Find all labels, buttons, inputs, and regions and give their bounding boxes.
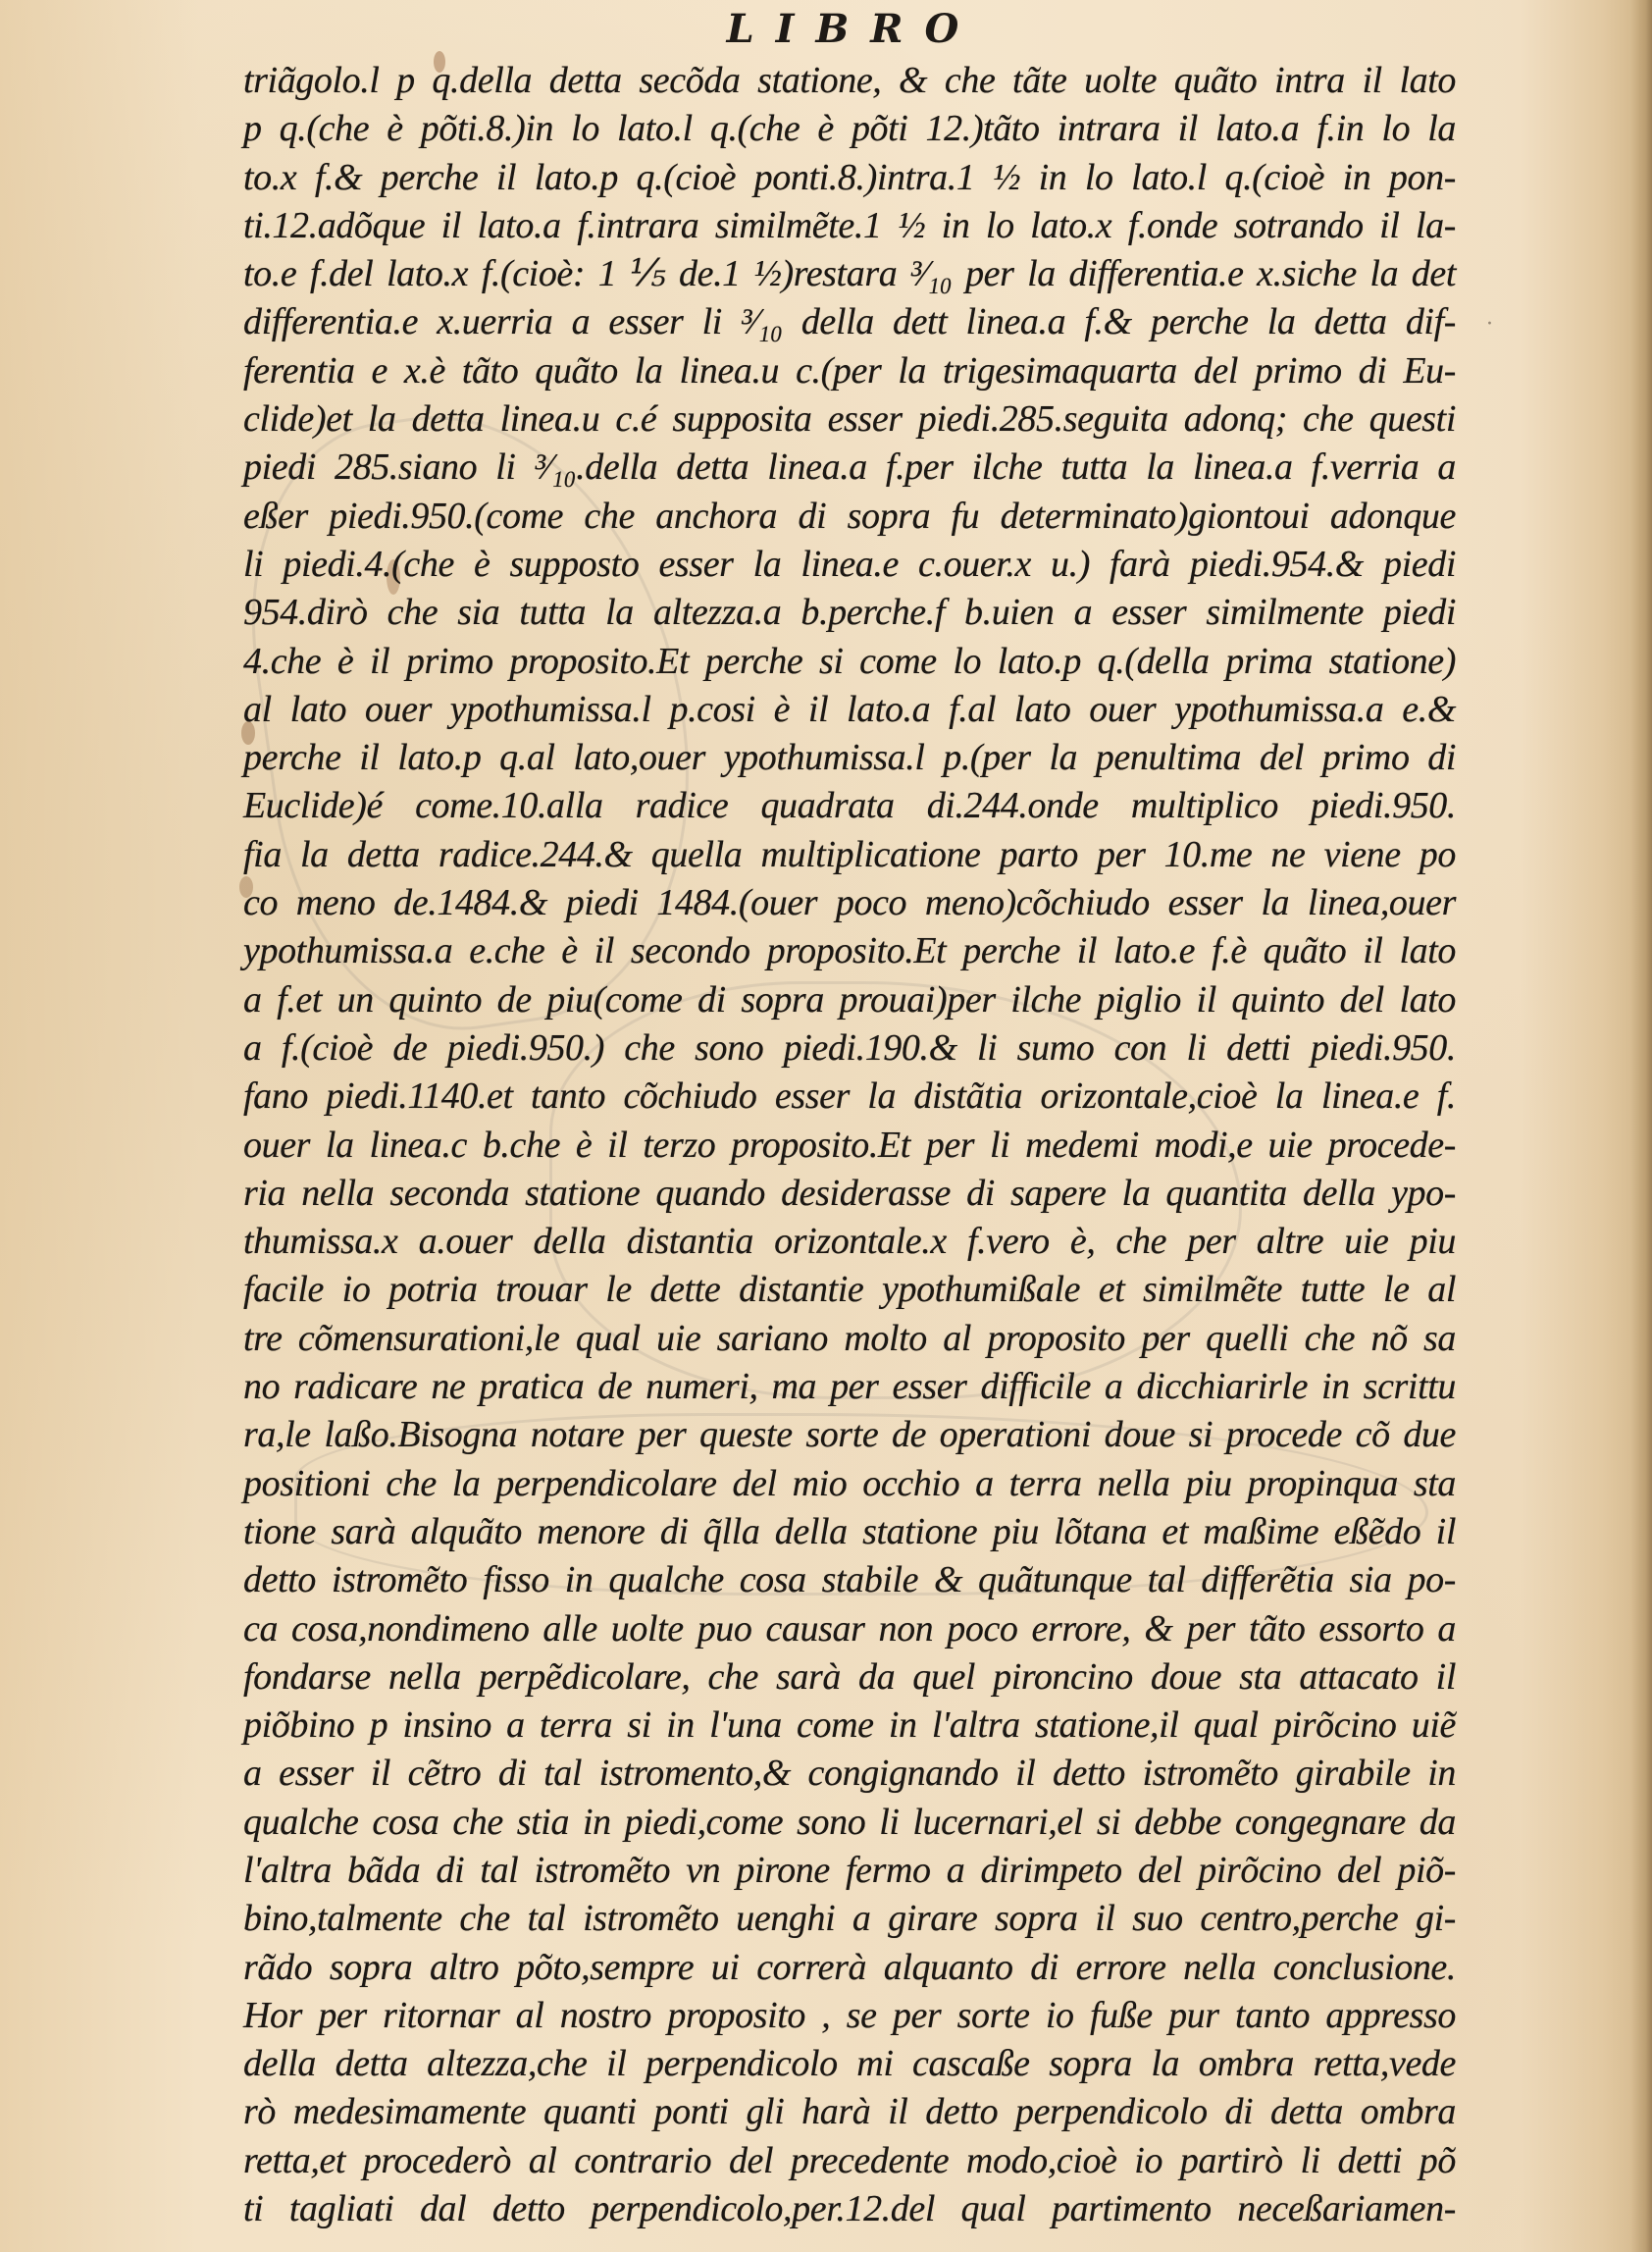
text-line: fano piedi.1140.et tanto cõchiudo esser … [243,1073,1456,1121]
text-line: piõbino p insino a terra si in l'una com… [243,1702,1456,1750]
text-line: ferentia e x.è tãto quãto la linea.u c.(… [243,347,1456,395]
text-line: ra,le laßo.Bisogna notare per queste sor… [243,1411,1456,1459]
text-line: al lato ouer ypothumissa.l p.cosi è il l… [243,686,1456,734]
text-line: ti tagliati dal detto perpendicolo,per.1… [243,2185,1456,2233]
text-line: Euclide)é come.10.alla radice quadrata d… [243,782,1456,830]
text-line: triãgolo.l p q.della detta secõda statio… [243,57,1456,105]
text-line: 4.che è il primo proposito.Et perche si … [243,638,1456,686]
text-line: detto istromẽto fisso in qualche cosa st… [243,1556,1456,1604]
running-head: LIBRO [0,6,1652,52]
text-line: l'altra bãda di tal istromẽto vn pirone … [243,1847,1456,1895]
text-line: ti.12.adõque il lato.a f.intrara similmẽ… [243,202,1456,250]
margin-mark: · [1486,312,1493,337]
text-line: ouer la linea.c b.che è il terzo proposi… [243,1122,1456,1170]
text-line: differentia.e x.uerria a esser li ³⁄₁₀ d… [243,298,1456,346]
text-line: tre cõmensurationi,le qual uie sariano m… [243,1315,1456,1363]
text-line: eßer piedi.950.(come che anchora di sopr… [243,493,1456,541]
text-line: thumissa.x a.ouer della distantia orizon… [243,1218,1456,1266]
text-line: rò medesimamente quanti ponti gli harà i… [243,2088,1456,2136]
text-line: co meno de.1484.& piedi 1484.(ouer poco … [243,879,1456,927]
text-line: tione sarà alquãto menore di q̃lla della… [243,1508,1456,1556]
text-line: qualche cosa che stia in piedi,come sono… [243,1799,1456,1847]
text-line: clide)et la detta linea.u c.é supposita … [243,395,1456,444]
text-line: to.e f.del lato.x f.(cioè: 1 ⅕ de.1 ½)re… [243,250,1456,298]
text-line: piedi 285.siano li ³⁄₁₀.della detta line… [243,444,1456,492]
text-line: rãdo sopra altro põto,sempre ui correrà … [243,1944,1456,1992]
book-page: LIBRO · triãgolo.l p q.della detta secõd… [0,0,1652,2252]
text-line: fia la detta radice.244.& quella multipl… [243,831,1456,879]
page-gutter-shadow [1630,0,1652,2252]
text-line: ca cosa,nondimeno alle uolte puo causar … [243,1605,1456,1653]
body-text: triãgolo.l p q.della detta secõda statio… [243,57,1456,2233]
text-line: a esser il cẽtro di tal istromento,& con… [243,1750,1456,1798]
text-line: p q.(che è põti.8.)in lo lato.l q.(che è… [243,105,1456,153]
text-line: to.x f.& perche il lato.p q.(cioè ponti.… [243,154,1456,202]
text-line: bino,talmente che tal istromẽto uenghi a… [243,1895,1456,1943]
text-line: a f.et un quinto de piu(come di sopra pr… [243,976,1456,1024]
text-line: 954.dirò che sia tutta la altezza.a b.pe… [243,589,1456,637]
text-line: no radicare ne pratica de numeri, ma per… [243,1363,1456,1411]
text-line: Hor per ritornar al nostro proposito , s… [243,1992,1456,2040]
text-line: a f.(cioè de piedi.950.) che sono piedi.… [243,1024,1456,1073]
text-line: perche il lato.p q.al lato,ouer ypothumi… [243,734,1456,782]
text-line: retta,et procederò al contrario del prec… [243,2137,1456,2185]
text-line: della detta altezza,che il perpendicolo … [243,2040,1456,2088]
text-line: positioni che la perpendicolare del mio … [243,1460,1456,1508]
text-line: facile io potria trouar le dette distant… [243,1266,1456,1314]
text-line: fondarse nella perpẽdicolare, che sarà d… [243,1653,1456,1702]
text-line: ria nella seconda statione quando deside… [243,1170,1456,1218]
text-line: li piedi.4.(che è supposto esser la line… [243,541,1456,589]
text-line: ypothumissa.a e.che è il secondo proposi… [243,927,1456,975]
